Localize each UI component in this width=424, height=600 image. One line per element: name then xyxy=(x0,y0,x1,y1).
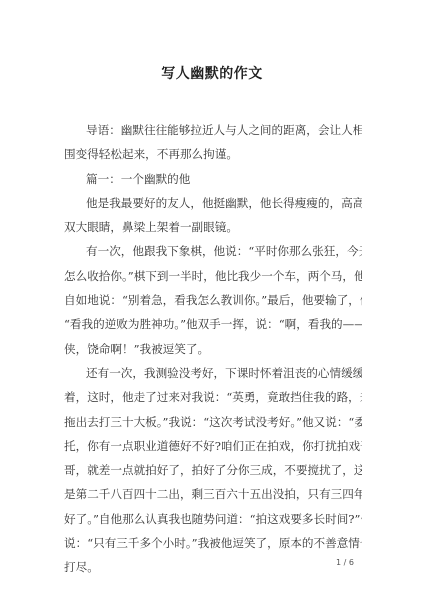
text-line: 导语：幽默往往能够拉近人与人之间的距离，会让人相处的氛 xyxy=(64,118,362,142)
text-line: 围变得轻松起来，不再那么拘谨。 xyxy=(64,142,362,166)
text-line: 还有一次，我测验没考好，下课时怀着沮丧的心情缓缓地走 xyxy=(64,361,362,385)
text-line: 双大眼睛，鼻梁上架着一副眼镜。 xyxy=(64,215,362,239)
text-line: 是第二千八百四十二出，剩三百六十五出没拍，只有三四年就能拍 xyxy=(64,482,362,506)
text-line: 打尽。 xyxy=(64,555,362,579)
text-line: 拖出去打三十大板。”我说：“这次考试没考好。”他又说：“委 xyxy=(64,410,362,434)
text-line: 好了。”自他那么认真我也随势问道：“拍这戏要多长时间?”他 xyxy=(64,507,362,531)
text-line: 着，这时，他走了过来对我说：“英勇，竟敢挡住我的路，来人， xyxy=(64,385,362,409)
document-title: 写人幽默的作文 xyxy=(0,63,424,83)
document-body: 导语：幽默往往能够拉近人与人之间的距离，会让人相处的氛 围变得轻松起来，不再那么… xyxy=(64,118,362,580)
text-line: 托，你有一点职业道德好不好?咱们正在拍戏，你打扰拍戏干嘛?大 xyxy=(64,434,362,458)
text-line: 怎么收拾你。”棋下到一半时，他比我少一个车，两个马，他却镇定 xyxy=(64,264,362,288)
text-line: 自如地说：“别着急，看我怎么教训你。”最后，他要输了，他说： xyxy=(64,288,362,312)
text-line: “看我的逆败为胜神功。”他双手一挥，说：“啊，看我的——大 xyxy=(64,312,362,336)
text-line: 他是我最要好的友人，他挺幽默，他长得瘦瘦的，高高的，一 xyxy=(64,191,362,215)
text-line: 有一次，他跟我下象棋，他说：“平时你那么张狂，今天看我 xyxy=(64,239,362,263)
page-number: 1 / 6 xyxy=(336,558,354,567)
text-line: 哥，就差一点就拍好了，拍好了分你三成，不要搅扰了，这次演得 xyxy=(64,458,362,482)
text-line: 说：“只有三千多个小时。”我被他逗笑了，原本的不善意情也一网 xyxy=(64,531,362,555)
section-heading: 篇一：一个幽默的他 xyxy=(64,167,362,191)
document-page: 写人幽默的作文 导语：幽默往往能够拉近人与人之间的距离，会让人相处的氛 围变得轻… xyxy=(0,0,424,600)
text-line: 侠，饶命啊！”我被逗笑了。 xyxy=(64,337,362,361)
